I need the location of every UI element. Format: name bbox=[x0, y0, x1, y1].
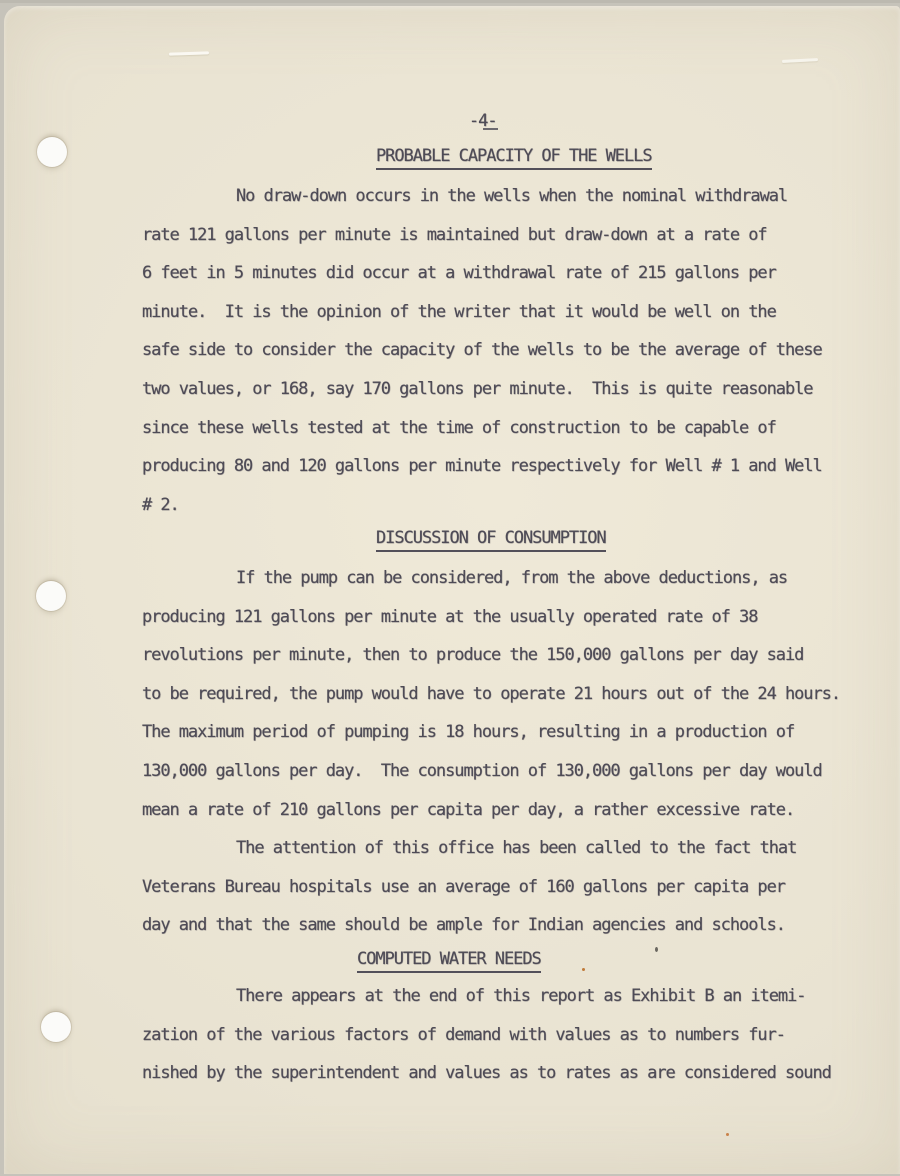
paper-scratch bbox=[782, 58, 818, 63]
text-line: safe side to consider the capacity of th… bbox=[142, 331, 822, 370]
paper-speck bbox=[726, 1133, 729, 1136]
text-line: No draw-down occurs in the wells when th… bbox=[142, 177, 822, 216]
paper-page: -4- PROBABLE CAPACITY OF THE WELLS No dr… bbox=[4, 6, 900, 1174]
section-discussion-of-consumption: If the pump can be considered, from the … bbox=[142, 559, 840, 945]
punch-hole-middle bbox=[36, 581, 66, 611]
text-line: If the pump can be considered, from the … bbox=[142, 559, 840, 598]
section-heading-discussion-of-consumption: DISCUSSION OF CONSUMPTION bbox=[376, 528, 606, 552]
text-line: to be required, the pump would have to o… bbox=[142, 675, 840, 714]
section-heading-computed-water-needs: COMPUTED WATER NEEDS bbox=[357, 949, 541, 973]
punch-hole-bottom bbox=[41, 1012, 71, 1042]
text-line: two values, or 168, say 170 gallons per … bbox=[142, 370, 822, 409]
text-line: Veterans Bureau hospitals use an average… bbox=[142, 868, 840, 907]
section-heading-probable-capacity: PROBABLE CAPACITY OF THE WELLS bbox=[376, 146, 652, 170]
text-line: The attention of this office has been ca… bbox=[142, 829, 840, 868]
text-line: mean a rate of 210 gallons per capita pe… bbox=[142, 791, 840, 830]
section-probable-capacity: No draw-down occurs in the wells when th… bbox=[142, 177, 822, 524]
text-line: 6 feet in 5 minutes did occur at a withd… bbox=[142, 254, 822, 293]
text-line: nished by the superintendent and values … bbox=[142, 1054, 831, 1093]
scanned-document: { "page_number": "-4-", "sections": [ { … bbox=[0, 0, 900, 1176]
text-line: day and that the same should be ample fo… bbox=[142, 906, 840, 945]
text-line: producing 121 gallons per minute at the … bbox=[142, 598, 840, 637]
text-line: producing 80 and 120 gallons per minute … bbox=[142, 447, 822, 486]
paper-speck bbox=[655, 947, 658, 952]
text-line: minute. It is the opinion of the writer … bbox=[142, 293, 822, 332]
text-line: 130,000 gallons per day. The consumption… bbox=[142, 752, 840, 791]
text-line: The maximum period of pumping is 18 hour… bbox=[142, 713, 840, 752]
scan-top-edge bbox=[0, 0, 900, 3]
page-number-underline bbox=[483, 128, 498, 130]
text-line: There appears at the end of this report … bbox=[142, 977, 831, 1016]
text-line: rate 121 gallons per minute is maintaine… bbox=[142, 216, 822, 255]
section-computed-water-needs: There appears at the end of this report … bbox=[142, 977, 831, 1093]
text-line: zation of the various factors of demand … bbox=[142, 1016, 831, 1055]
text-line: # 2. bbox=[142, 486, 822, 525]
punch-hole-top bbox=[37, 137, 67, 167]
text-line: revolutions per minute, then to produce … bbox=[142, 636, 840, 675]
paper-speck bbox=[582, 968, 585, 971]
text-line: since these wells tested at the time of … bbox=[142, 409, 822, 448]
paper-scratch bbox=[169, 51, 209, 55]
